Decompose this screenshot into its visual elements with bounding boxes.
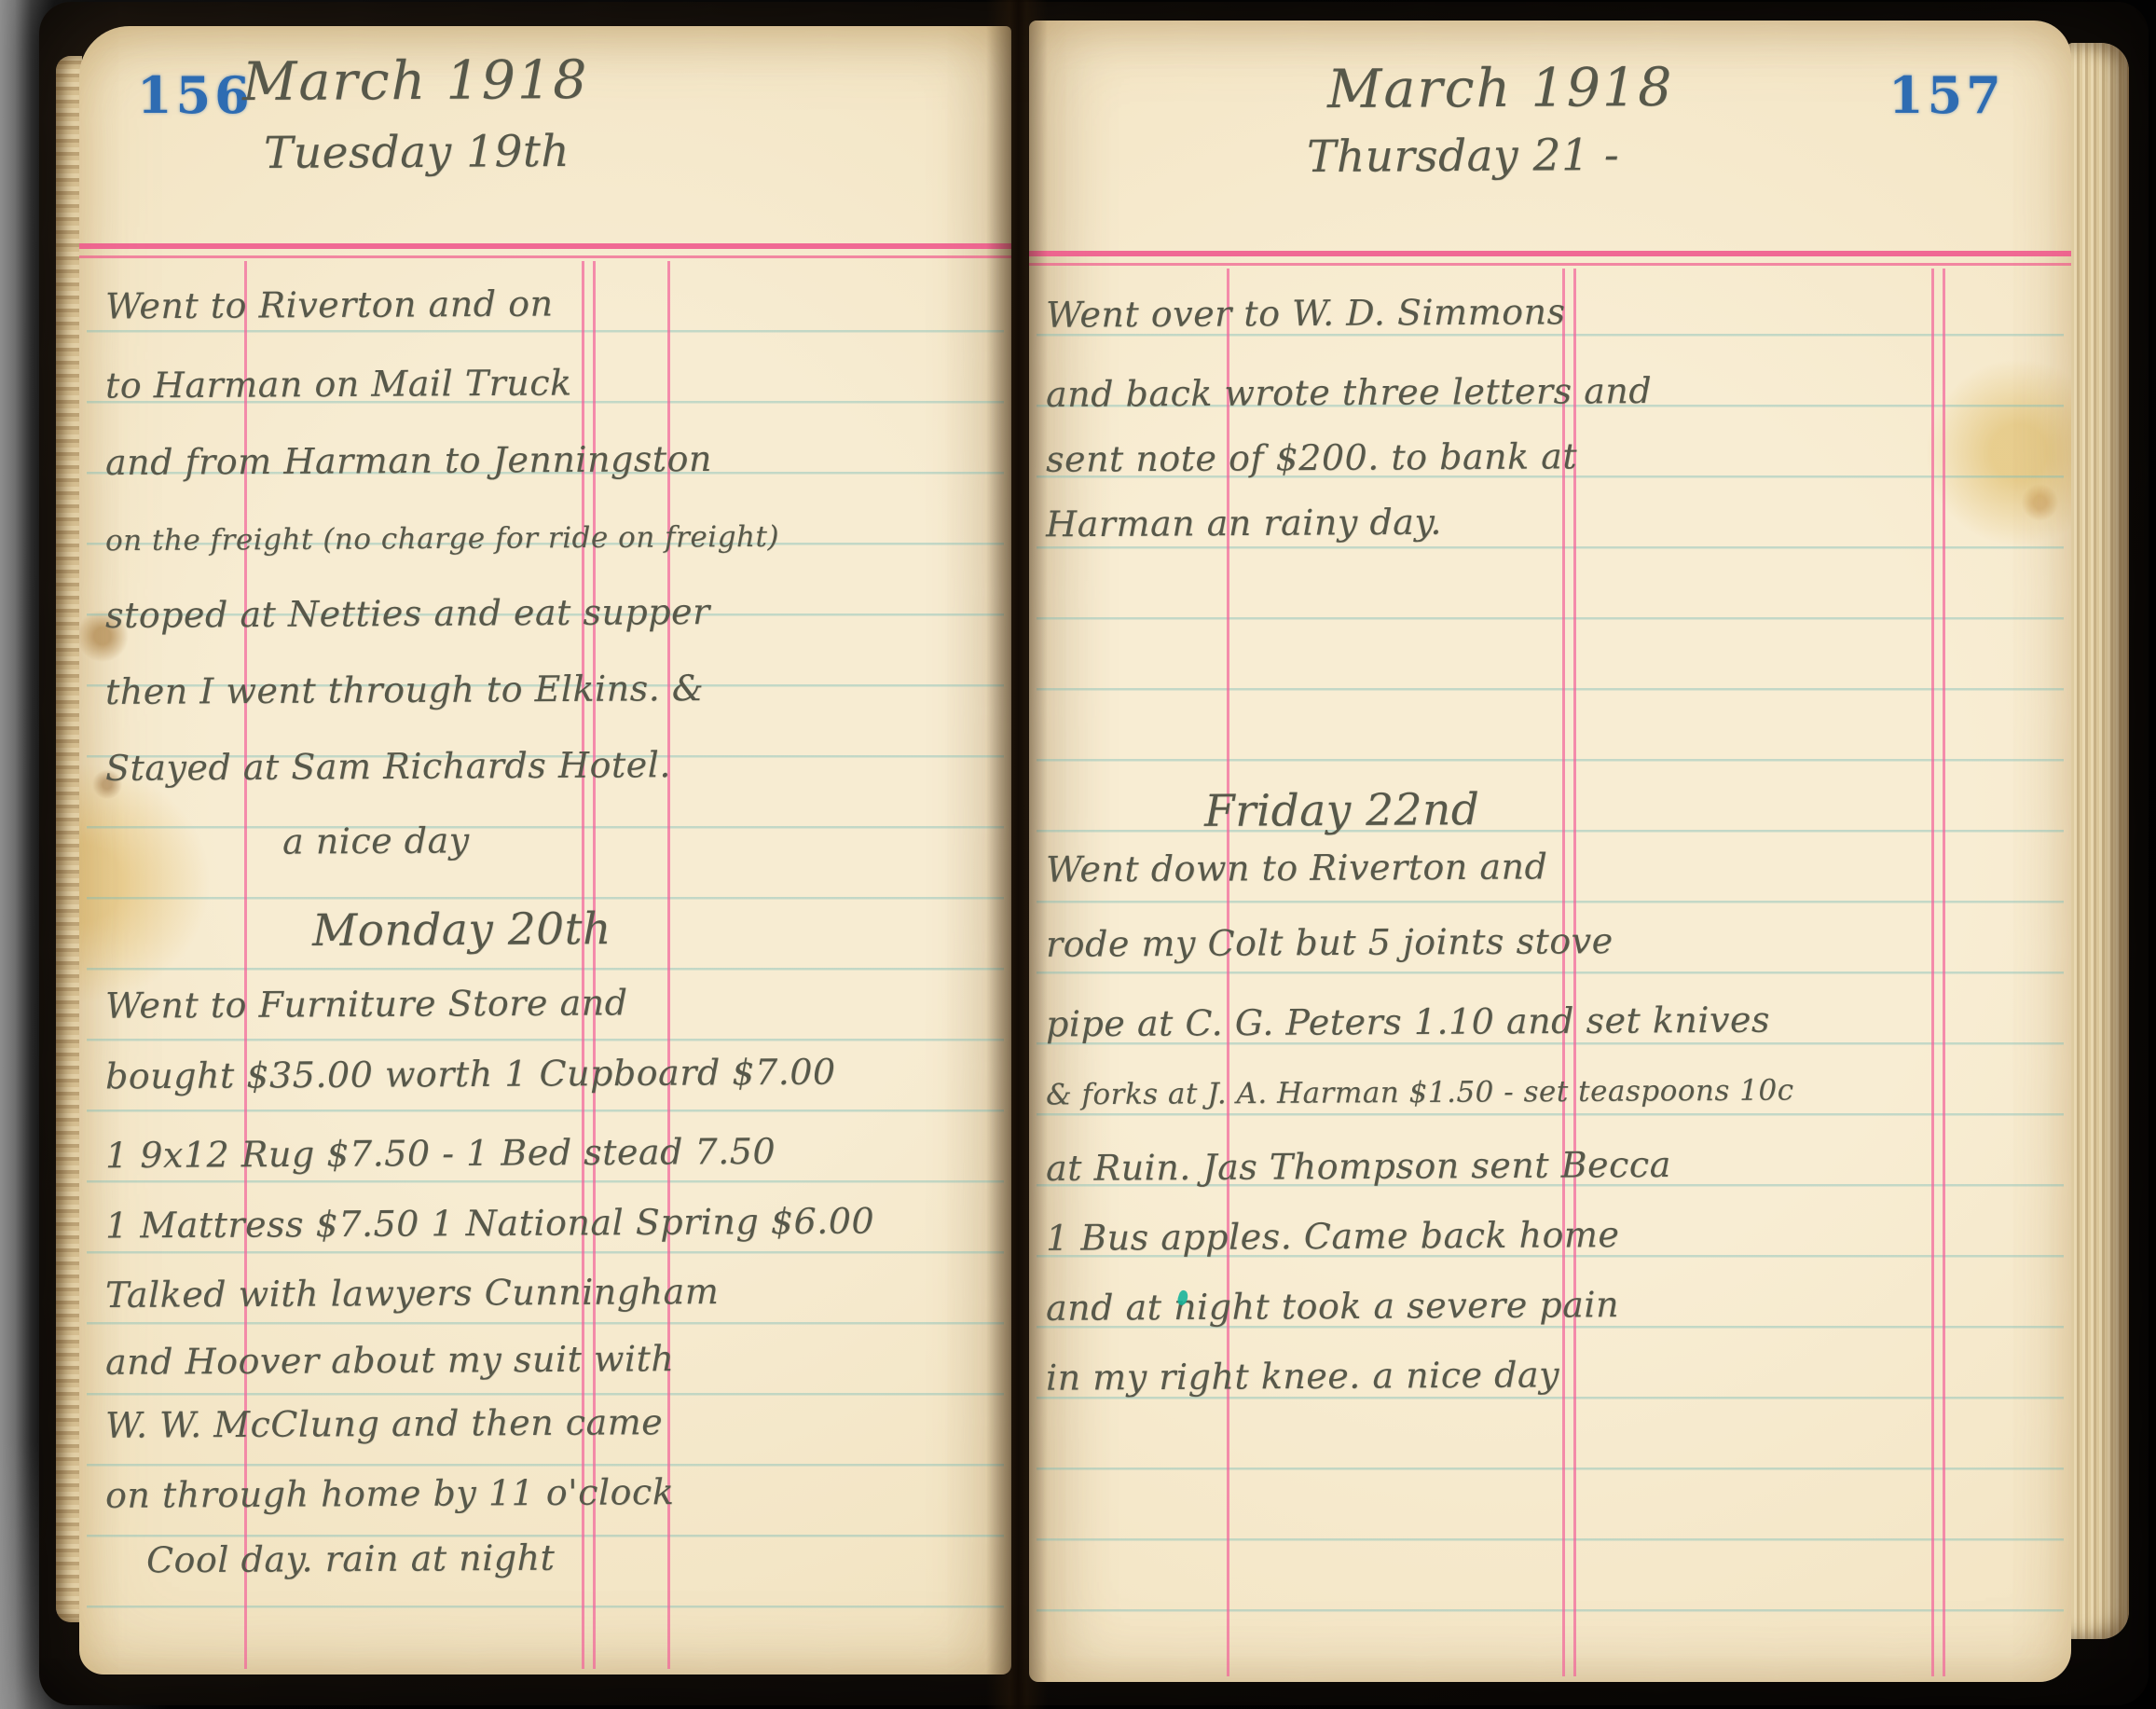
entry-day-heading: Thursday 21 - [1307, 130, 1620, 183]
diary-line: in my right knee. a nice day [1046, 1354, 1559, 1398]
diary-line: on the freight (no charge for ride on fr… [105, 520, 779, 558]
diary-line: and from Harman to Jenningston [105, 438, 712, 483]
diary-photo: 156 March 1918 Tuesday 19th Went to Rive… [0, 0, 2156, 1709]
column-rule-pink [1573, 269, 1576, 1676]
page-stack-edge-left [56, 56, 82, 1622]
diary-line: and back wrote three letters and [1046, 370, 1652, 415]
diary-line: Went down to Riverton and [1046, 846, 1548, 889]
column-rule-pink [1931, 269, 1934, 1676]
month-year-heading: March 1918 [242, 49, 589, 113]
diary-line: 1 Mattress $7.50 1 National Spring $6.00 [105, 1200, 874, 1246]
header-rule-pink-thin [79, 255, 1011, 258]
diary-line: a nice day [282, 820, 470, 861]
diary-line: Went to Riverton and on [105, 283, 554, 327]
header-rule-pink [1029, 251, 2071, 256]
diary-page-left: 156 March 1918 Tuesday 19th Went to Rive… [79, 26, 1011, 1675]
diary-line: on through home by 11 o'clock [105, 1471, 675, 1516]
diary-line: Went over to W. D. Simmons [1046, 291, 1566, 335]
diary-line: stoped at Netties and eat supper [105, 591, 710, 636]
column-rule-pink [1943, 269, 1945, 1676]
diary-line: 1 9x12 Rug $7.50 - 1 Bed stead 7.50 [105, 1131, 776, 1176]
margin-rule-pink [1227, 269, 1229, 1676]
diary-line: and at night took a severe pain [1046, 1284, 1619, 1329]
diary-line: Harman an rainy day. [1046, 502, 1442, 545]
diary-line: and Hoover about my suit with [105, 1338, 675, 1383]
diary-line: bought $35.00 worth 1 Cupboard $7.00 [105, 1052, 836, 1097]
diary-line: Cool day. rain at night [146, 1537, 556, 1581]
header-rule-pink [79, 243, 1011, 249]
diary-line: Talked with lawyers Cunningham [105, 1271, 720, 1316]
entry-day-heading: Monday 20th [312, 903, 611, 957]
column-rule-pink [1562, 269, 1565, 1676]
diary-line: pipe at C. G. Peters 1.10 and set knives [1046, 999, 1770, 1045]
diary-line: at Ruin. Jas Thompson sent Becca [1046, 1144, 1671, 1189]
header-rule-pink-thin [1029, 263, 2071, 266]
diary-line: & forks at J. A. Harman $1.50 - set teas… [1046, 1074, 1794, 1112]
page-number-stamp: 157 [1888, 65, 2005, 125]
diary-line: W. W. McClung and then came [105, 1401, 663, 1446]
entry-day-heading: Tuesday 19th [264, 126, 570, 179]
diary-line: Went to Furniture Store and [105, 982, 628, 1026]
diary-line: rode my Colt but 5 joints stove [1046, 920, 1614, 965]
book-gutter-shadow [986, 0, 1048, 1709]
diary-line: sent note of $200. to bank at [1046, 435, 1577, 479]
page-number-stamp: 156 [137, 65, 254, 125]
entry-day-heading: Friday 22nd [1204, 784, 1480, 837]
diary-line: Stayed at Sam Richards Hotel. [105, 744, 671, 789]
month-year-heading: March 1918 [1327, 57, 1674, 120]
diary-line: then I went through to Elkins. & [105, 668, 704, 712]
diary-line: 1 Bus apples. Came back home [1046, 1214, 1620, 1259]
diary-line: to Harman on Mail Truck [105, 362, 572, 406]
page-stack-edge-right [2066, 43, 2129, 1639]
diary-page-right: March 1918 157 Thursday 21 - Went over t… [1029, 21, 2071, 1682]
